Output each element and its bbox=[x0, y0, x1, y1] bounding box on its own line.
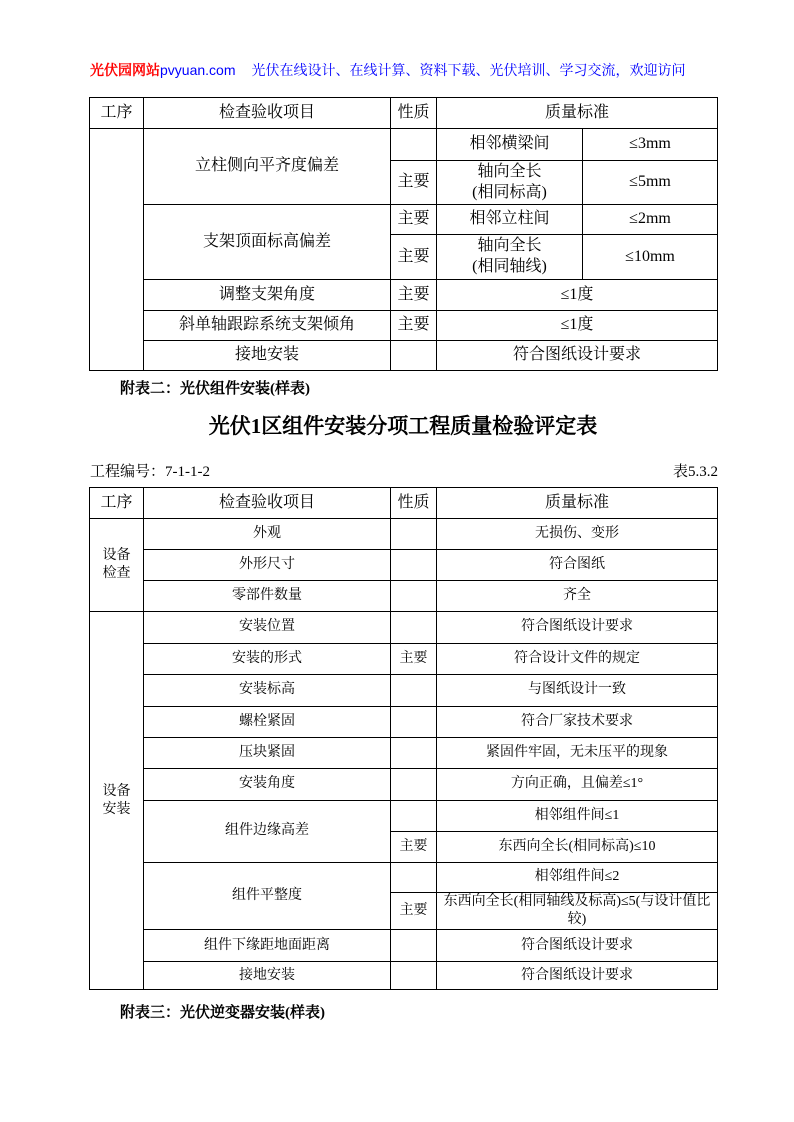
item-cell: 安装的形式 bbox=[144, 644, 391, 675]
standard-cell: 紧固件牢固，无未压平的现象 bbox=[437, 738, 718, 769]
standard-cell: ≤1度 bbox=[437, 311, 718, 341]
nature-cell bbox=[391, 863, 437, 893]
nature-cell bbox=[391, 341, 437, 371]
nature-cell bbox=[391, 675, 437, 707]
process-cell-empty bbox=[90, 129, 144, 371]
item-cell: 调整支架角度 bbox=[144, 280, 391, 311]
process-group-install: 设备 安装 bbox=[90, 612, 144, 990]
process-group-check: 设备 检查 bbox=[90, 519, 144, 612]
item-cell: 外形尺寸 bbox=[144, 550, 391, 581]
nature-cell: 主要 bbox=[391, 832, 437, 863]
sub-item-cell: 相邻立柱间 bbox=[437, 205, 583, 235]
sub-item-cell: 轴向全长 (相同轴线) bbox=[437, 235, 583, 280]
table-row: 外形尺寸 符合图纸 bbox=[90, 550, 718, 581]
nature-cell bbox=[391, 738, 437, 769]
table-row: 组件下缘距地面距离 符合图纸设计要求 bbox=[90, 930, 718, 962]
table-row: 组件边缘高差 相邻组件间≤1 bbox=[90, 801, 718, 832]
standard-cell: 相邻组件间≤1 bbox=[437, 801, 718, 832]
standard-cell: 符合图纸设计要求 bbox=[437, 962, 718, 990]
nature-cell bbox=[391, 962, 437, 990]
standard-cell: ≤5mm bbox=[583, 161, 718, 205]
standard-cell: 符合图纸设计要求 bbox=[437, 930, 718, 962]
nature-cell bbox=[391, 581, 437, 612]
item-cell: 压块紧固 bbox=[144, 738, 391, 769]
document-page: 光伏园网站pvyuan.com光伏在线设计、在线计算、资料下载、光伏培训、学习交… bbox=[0, 0, 794, 1122]
nature-cell bbox=[391, 707, 437, 738]
nature-cell bbox=[391, 769, 437, 801]
site-url-link[interactable]: pvyuan.com bbox=[160, 62, 235, 78]
table-row: 斜单轴跟踪系统支架倾角 主要 ≤1度 bbox=[90, 311, 718, 341]
nature-cell bbox=[391, 129, 437, 161]
table-row: 设备 检查 外观 无损伤、变形 bbox=[90, 519, 718, 550]
item-cell: 组件下缘距地面距离 bbox=[144, 930, 391, 962]
table-row: 调整支架角度 主要 ≤1度 bbox=[90, 280, 718, 311]
standard-cell: 与图纸设计一致 bbox=[437, 675, 718, 707]
caption-table2: 附表二：光伏组件安装(样表) bbox=[120, 377, 310, 398]
standard-cell: ≤1度 bbox=[437, 280, 718, 311]
site-name: 光伏园网站 bbox=[90, 62, 160, 78]
column-header-standard: 质量标准 bbox=[437, 488, 718, 519]
item-cell: 支架顶面标高偏差 bbox=[144, 205, 391, 280]
table-row: 安装的形式 主要 符合设计文件的规定 bbox=[90, 644, 718, 675]
project-number: 工程编号：7-1-1-2 bbox=[90, 460, 210, 481]
nature-cell: 主要 bbox=[391, 161, 437, 205]
standard-cell: 符合设计文件的规定 bbox=[437, 644, 718, 675]
table-row: 立柱侧向平齐度偏差 相邻横梁间 ≤3mm bbox=[90, 129, 718, 161]
nature-cell bbox=[391, 612, 437, 644]
table-header-row: 工序 检查验收项目 性质 质量标准 bbox=[90, 98, 718, 129]
nature-cell: 主要 bbox=[391, 644, 437, 675]
standard-cell: 符合厂家技术要求 bbox=[437, 707, 718, 738]
table-row: 支架顶面标高偏差 主要 相邻立柱间 ≤2mm bbox=[90, 205, 718, 235]
nature-cell: 主要 bbox=[391, 311, 437, 341]
item-cell: 接地安装 bbox=[144, 341, 391, 371]
standard-cell: ≤3mm bbox=[583, 129, 718, 161]
site-tagline: 光伏在线设计、在线计算、资料下载、光伏培训、学习交流，欢迎访问 bbox=[251, 62, 685, 78]
standard-cell: 符合图纸设计要求 bbox=[437, 612, 718, 644]
site-header: 光伏园网站pvyuan.com光伏在线设计、在线计算、资料下载、光伏培训、学习交… bbox=[90, 60, 685, 80]
item-cell: 组件边缘高差 bbox=[144, 801, 391, 863]
standard-cell: 东西向全长(相同轴线及标高)≤5(与设计值比较) bbox=[437, 893, 718, 930]
bracket-install-table: 工序 检查验收项目 性质 质量标准 立柱侧向平齐度偏差 相邻横梁间 ≤3mm 主… bbox=[89, 97, 718, 371]
table-row: 零部件数量 齐全 bbox=[90, 581, 718, 612]
item-cell: 立柱侧向平齐度偏差 bbox=[144, 129, 391, 205]
standard-cell: 相邻组件间≤2 bbox=[437, 863, 718, 893]
column-header-process: 工序 bbox=[90, 488, 144, 519]
standard-cell: 无损伤、变形 bbox=[437, 519, 718, 550]
nature-cell: 主要 bbox=[391, 205, 437, 235]
standard-cell: 方向正确，且偏差≤1° bbox=[437, 769, 718, 801]
item-cell: 零部件数量 bbox=[144, 581, 391, 612]
table-row: 接地安装 符合图纸设计要求 bbox=[90, 341, 718, 371]
standard-cell: ≤2mm bbox=[583, 205, 718, 235]
table-number: 表5.3.2 bbox=[673, 460, 718, 481]
meta-row: 工程编号：7-1-1-2 表5.3.2 bbox=[90, 460, 718, 481]
table-row: 螺栓紧固 符合厂家技术要求 bbox=[90, 707, 718, 738]
standard-cell: 符合图纸 bbox=[437, 550, 718, 581]
column-header-nature: 性质 bbox=[391, 98, 437, 129]
table-row: 安装角度 方向正确，且偏差≤1° bbox=[90, 769, 718, 801]
nature-cell: 主要 bbox=[391, 893, 437, 930]
table-row: 组件平整度 相邻组件间≤2 bbox=[90, 863, 718, 893]
table-row: 压块紧固 紧固件牢固，无未压平的现象 bbox=[90, 738, 718, 769]
standard-cell: ≤10mm bbox=[583, 235, 718, 280]
item-cell: 安装角度 bbox=[144, 769, 391, 801]
module-install-table: 工序 检查验收项目 性质 质量标准 设备 检查 外观 无损伤、变形 外形尺寸 符… bbox=[89, 487, 718, 990]
column-header-process: 工序 bbox=[90, 98, 144, 129]
table-row: 安装标高 与图纸设计一致 bbox=[90, 675, 718, 707]
item-cell: 安装标高 bbox=[144, 675, 391, 707]
nature-cell: 主要 bbox=[391, 235, 437, 280]
item-cell: 斜单轴跟踪系统支架倾角 bbox=[144, 311, 391, 341]
caption-table3: 附表三：光伏逆变器安装(样表) bbox=[120, 1001, 325, 1022]
table-row: 设备 安装 安装位置 符合图纸设计要求 bbox=[90, 612, 718, 644]
page-title: 光伏1区组件安装分项工程质量检验评定表 bbox=[89, 410, 717, 440]
standard-cell: 东西向全长(相同标高)≤10 bbox=[437, 832, 718, 863]
table-header-row: 工序 检查验收项目 性质 质量标准 bbox=[90, 488, 718, 519]
nature-cell bbox=[391, 550, 437, 581]
column-header-nature: 性质 bbox=[391, 488, 437, 519]
column-header-standard: 质量标准 bbox=[437, 98, 718, 129]
table-row: 接地安装 符合图纸设计要求 bbox=[90, 962, 718, 990]
standard-cell: 符合图纸设计要求 bbox=[437, 341, 718, 371]
column-header-item: 检查验收项目 bbox=[144, 488, 391, 519]
sub-item-cell: 相邻横梁间 bbox=[437, 129, 583, 161]
nature-cell bbox=[391, 519, 437, 550]
nature-cell bbox=[391, 930, 437, 962]
standard-cell: 齐全 bbox=[437, 581, 718, 612]
item-cell: 组件平整度 bbox=[144, 863, 391, 930]
item-cell: 接地安装 bbox=[144, 962, 391, 990]
item-cell: 螺栓紧固 bbox=[144, 707, 391, 738]
sub-item-cell: 轴向全长 (相同标高) bbox=[437, 161, 583, 205]
column-header-item: 检查验收项目 bbox=[144, 98, 391, 129]
nature-cell: 主要 bbox=[391, 280, 437, 311]
item-cell: 安装位置 bbox=[144, 612, 391, 644]
item-cell: 外观 bbox=[144, 519, 391, 550]
nature-cell bbox=[391, 801, 437, 832]
